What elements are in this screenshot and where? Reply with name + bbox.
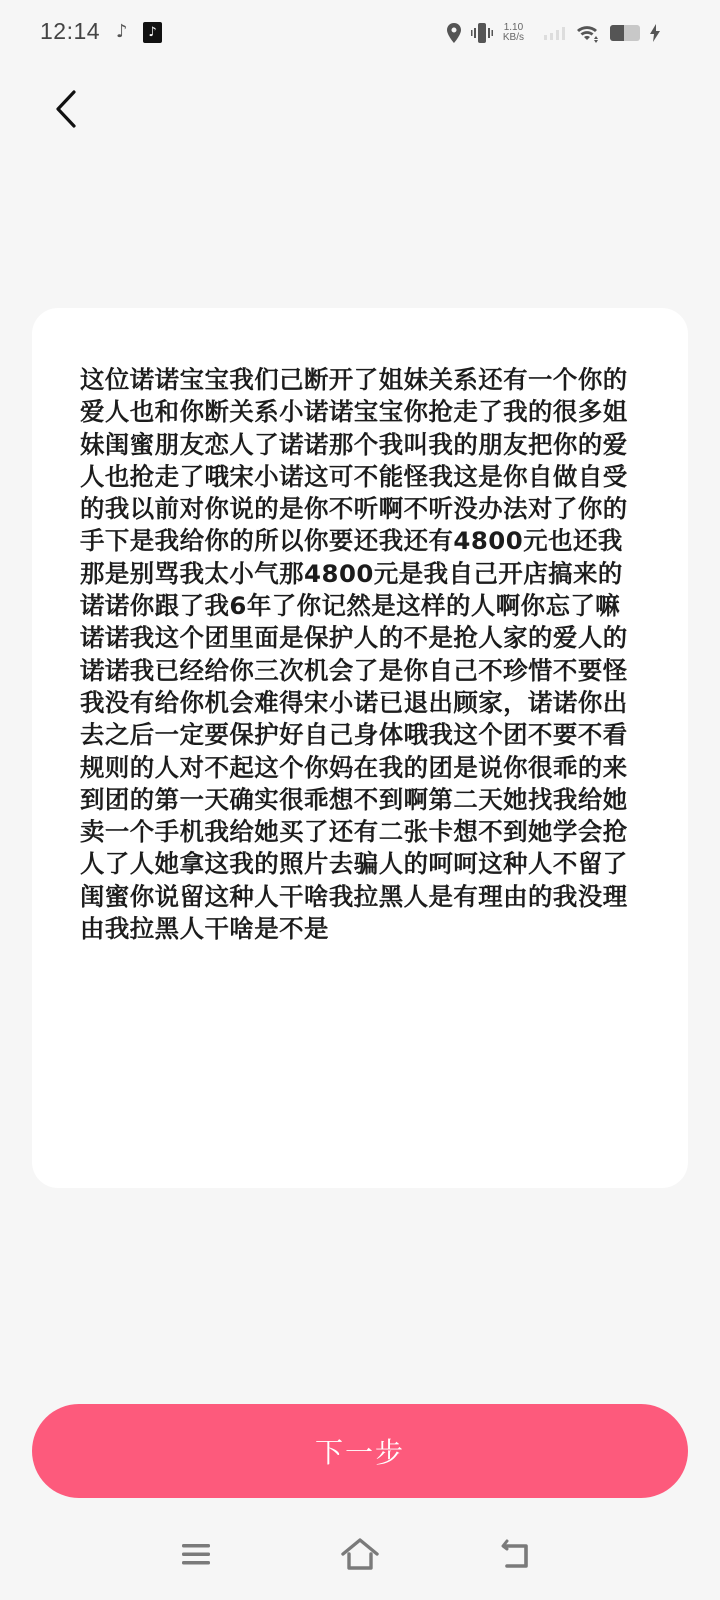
battery-icon (610, 25, 640, 41)
network-speed: 1.10 KB/s (503, 23, 524, 43)
recent-apps-button[interactable] (172, 1534, 220, 1574)
signal-icon (544, 26, 566, 40)
wifi-icon (576, 23, 600, 43)
back-icon (497, 1537, 531, 1571)
system-status-icons: 1.10 KB/s (447, 20, 660, 46)
location-icon (447, 23, 461, 43)
nav-back-button[interactable] (490, 1534, 538, 1574)
status-time: 12:14 (40, 18, 100, 45)
message-card: 这位诺诺宝宝我们己断开了姐妹关系还有一个你的爱人也和你断关系小诺诺宝宝你抢走了我… (32, 308, 688, 1188)
music-note-icon: ♪ (116, 21, 128, 42)
status-bar: 12:14 ♪ ♪ 1.10 KB/s (0, 0, 720, 66)
home-button[interactable] (336, 1534, 384, 1574)
vibrate-icon (471, 22, 493, 44)
tiktok-icon: ♪ (143, 22, 162, 43)
next-step-button[interactable]: 下一步 (32, 1404, 688, 1498)
system-nav-bar (0, 1520, 720, 1600)
home-icon (340, 1537, 380, 1571)
back-button[interactable] (44, 82, 88, 134)
charging-bolt-icon (650, 24, 660, 42)
message-text: 这位诺诺宝宝我们己断开了姐妹关系还有一个你的爱人也和你断关系小诺诺宝宝你抢走了我… (80, 364, 640, 945)
chevron-left-icon (44, 82, 88, 134)
menu-icon (180, 1541, 212, 1567)
